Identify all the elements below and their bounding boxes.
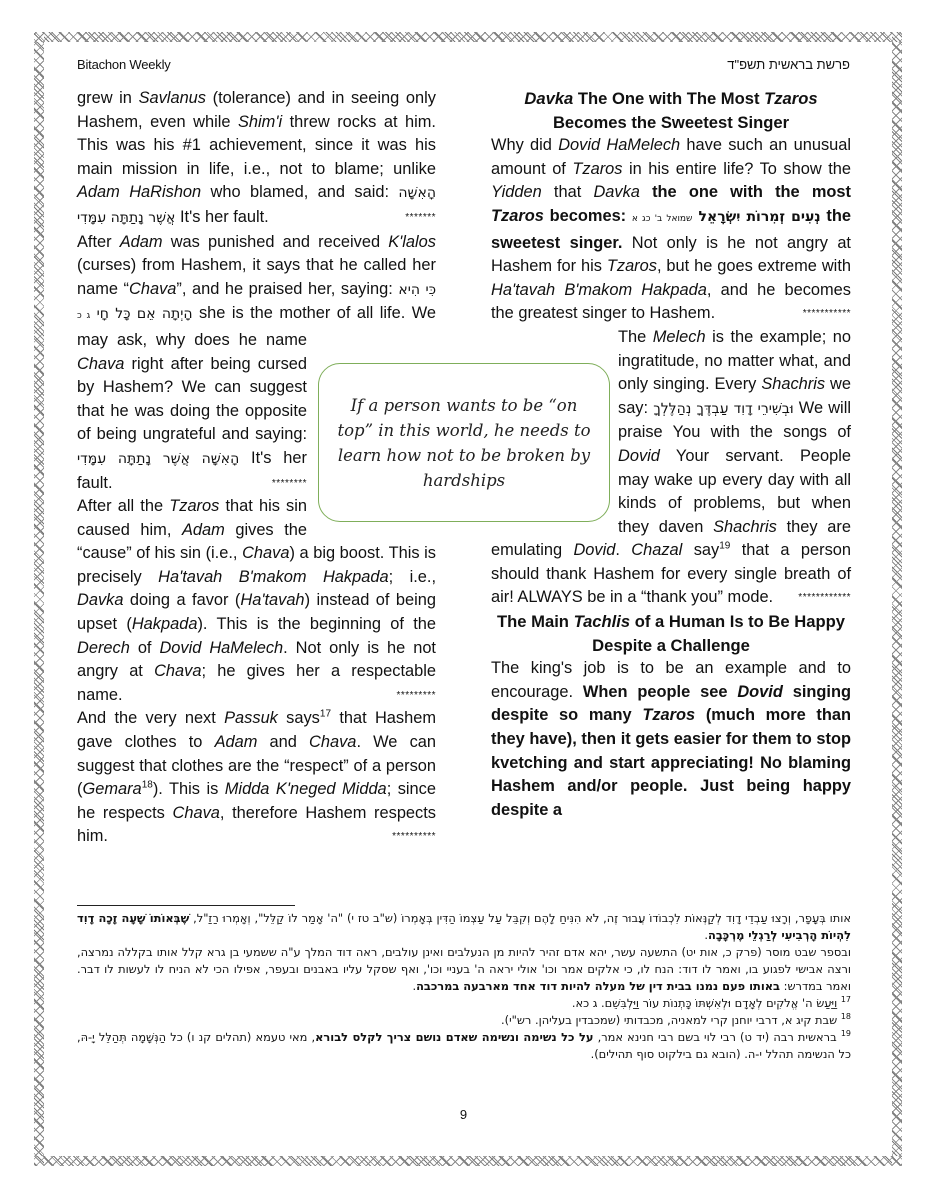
footnote-ref-17: 17 xyxy=(320,709,331,720)
pullquote-box: If a person wants to be “on top” in this… xyxy=(318,363,610,522)
footnotes: אותו בְּעָפָר, וְרָצוּ עַבְדֵי דָוִד לְק… xyxy=(77,910,851,1063)
footnote-18: 18 שבת קיג א, דרבי יוחנן קרי למאניה, מכב… xyxy=(77,1012,851,1029)
paragraph: Why did Dovid HaMelech have such an unus… xyxy=(491,134,851,326)
paragraph: grew in Savlanus (tolerance) and in seei… xyxy=(77,87,436,231)
footnote-ref-19: 19 xyxy=(719,541,730,552)
pullquote-text: If a person wants to be “on top” in this… xyxy=(334,393,594,493)
paragraph: And the very next Passuk says17 that Has… xyxy=(77,707,436,849)
section-separator: ********** xyxy=(392,825,436,849)
footnote-divider xyxy=(77,905,295,906)
section-separator: ************ xyxy=(798,586,851,610)
section-separator: ******** xyxy=(272,472,307,496)
footnote-continuation: ובספר שבט מוסר (פרק כ, אות יט) התשעה עשר… xyxy=(77,944,851,995)
paragraph: The king's job is to be an example and t… xyxy=(491,657,851,822)
hebrew-quote: וּבְשִׁירֵי דָוִד עַבְדֶּךָ נְהַלֶּלְךָ xyxy=(653,401,794,417)
section-separator: *********** xyxy=(803,302,851,326)
section-separator: ********* xyxy=(396,684,436,708)
footnote-continuation: אותו בְּעָפָר, וְרָצוּ עַבְדֵי דָוִד לְק… xyxy=(77,910,851,944)
section-heading: The Main Tachlis of a Human Is to Be Hap… xyxy=(491,610,851,657)
hebrew-quote: נְעִים זְמִרוֹת יִשְׂרָאֵל שמואל ב' כג א xyxy=(632,209,821,225)
footnote-17: 17 וַיַּעַשׂ ה' אֱלֹקִים לְאָדָם וּלְאִש… xyxy=(77,995,851,1012)
parsha-title: פרשת בראשית תשפ"ד xyxy=(727,57,850,72)
publication-title: Bitachon Weekly xyxy=(77,57,171,72)
footnote-19: 19 בראשית רבה (יד ט) רבי לוי בשם רבי חני… xyxy=(77,1029,851,1063)
section-heading: Davka The One with The Most TzarosBecome… xyxy=(491,87,851,134)
page-number: 9 xyxy=(0,1107,927,1122)
footnote-ref-18: 18 xyxy=(142,780,153,791)
hebrew-quote: הָאִשָּׁה אֲשֶׁר נָתַתָּה עִמָּדִי xyxy=(77,451,239,467)
section-separator: ******* xyxy=(405,206,436,230)
page-header: Bitachon Weekly פרשת בראשית תשפ"ד xyxy=(77,57,850,75)
